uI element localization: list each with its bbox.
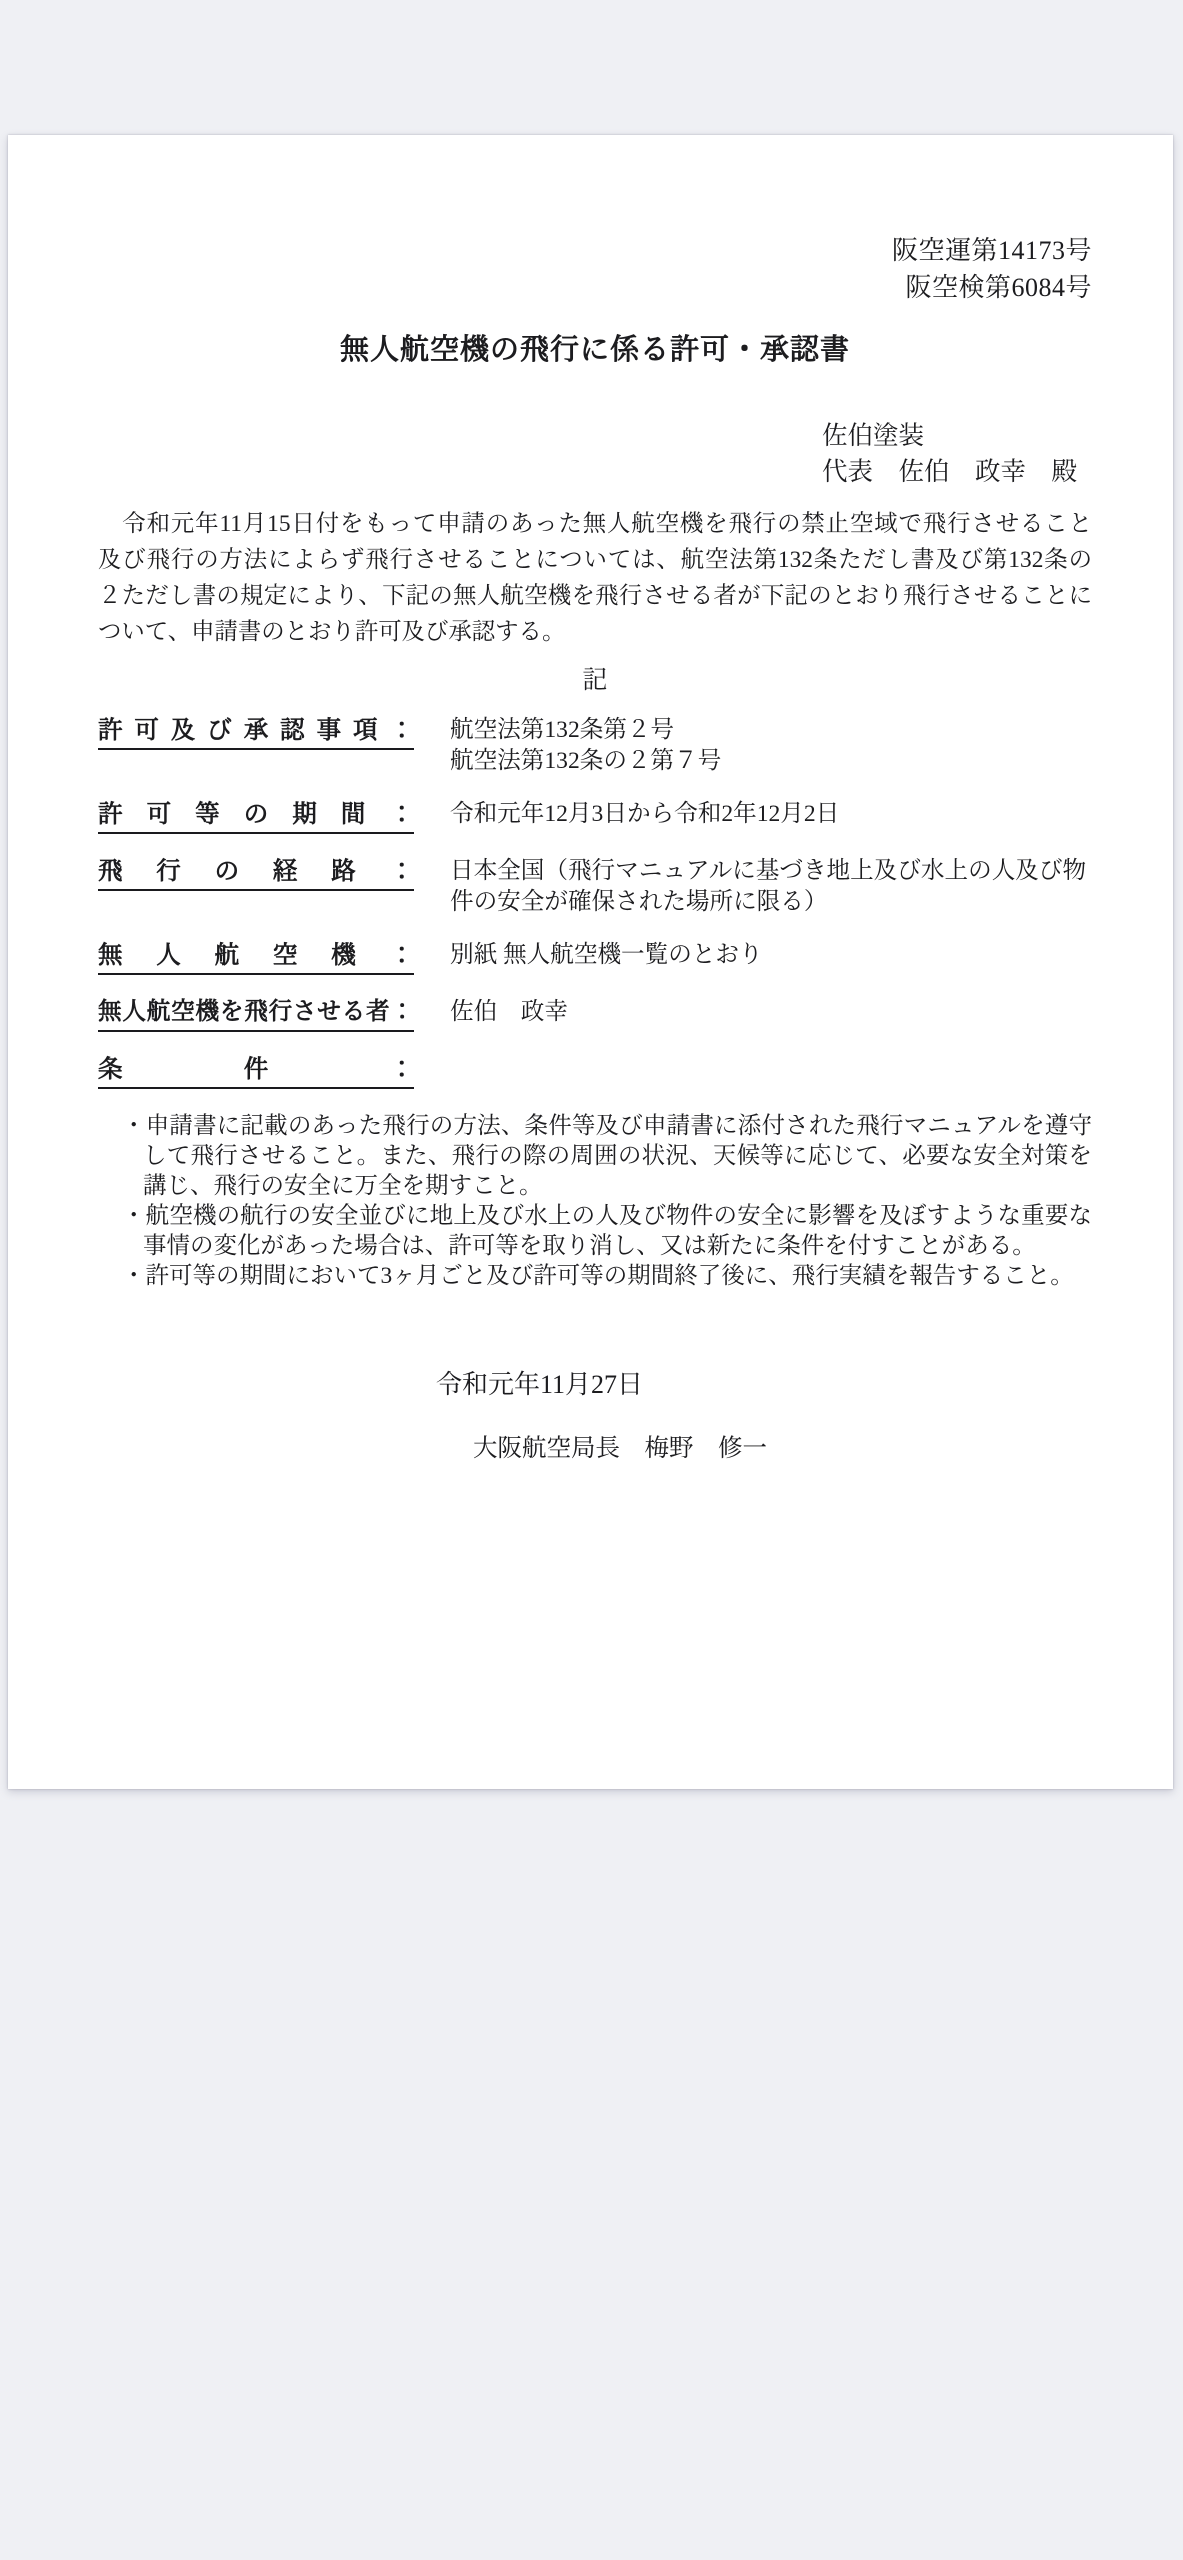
field-label: 条件： xyxy=(98,1054,414,1089)
field-value-line: 航空法第132条の２第７号 xyxy=(450,746,721,777)
addressee-block: 佐伯塗装 代表 佐伯 政幸 殿 xyxy=(822,418,1092,490)
body-line: ついて、申請書のとおり許可及び承認する。 xyxy=(98,614,1092,650)
field-row: 条件： xyxy=(98,1054,1092,1089)
field-label: 無人航空機： xyxy=(98,940,414,975)
field-value-line: 日本全国（飛行マニュアルに基づき地上及び水上の人及び物 xyxy=(450,856,1086,887)
condition-line: ・航空機の航行の安全並びに地上及び水上の人及び物件の安全に影響を及ぼすような重要… xyxy=(122,1201,1092,1231)
field-row: 無人航空機：別紙 無人航空機一覧のとおり xyxy=(98,940,1092,975)
document-number: 阪空検第6084号 xyxy=(98,269,1092,306)
field-row: 許可及び承認事項：航空法第132条第２号航空法第132条の２第７号 xyxy=(98,715,1092,777)
record-marker: 記 xyxy=(98,663,1092,699)
condition-line: して飛行させること。また、飛行の際の周囲の状況、天候等に応じて、必要な安全対策を xyxy=(143,1141,1092,1171)
screen-background: { "doc": { "numbers": ["阪空運第14173号", "阪空… xyxy=(0,0,1183,2560)
condition-line: 講じ、飛行の安全に万全を期すこと。 xyxy=(143,1171,1092,1201)
field-value: 佐伯 政幸 xyxy=(450,997,568,1028)
issue-date: 令和元年11月27日 xyxy=(436,1367,1092,1403)
document-page: 阪空運第14173号阪空検第6084号 無人航空機の飛行に係る許可・承認書 佐伯… xyxy=(8,135,1173,1789)
field-value-line: 航空法第132条第２号 xyxy=(450,715,721,746)
field-value-line: 令和元年12月3日から令和2年12月2日 xyxy=(450,799,839,830)
condition-line: 事情の変化があった場合は、許可等を取り消し、又は新たに条件を付すことがある。 xyxy=(143,1231,1092,1261)
field-value: 航空法第132条第２号航空法第132条の２第７号 xyxy=(450,715,721,777)
field-value-line: 件の安全が確保された場所に限る） xyxy=(450,887,1086,918)
conditions-list: ・申請書に記載のあった飛行の方法、条件等及び申請書に添付された飛行マニュアルを遵… xyxy=(98,1111,1092,1291)
issuer-signature: 大阪航空局長 梅野 修一 xyxy=(473,1431,1092,1467)
body-paragraph: 令和元年11月15日付をもって申請のあった無人航空機を飛行の禁止空域で飛行させる… xyxy=(98,506,1092,650)
field-value-line: 別紙 無人航空機一覧のとおり xyxy=(450,940,763,971)
fields-section: 許可及び承認事項：航空法第132条第２号航空法第132条の２第７号許可等の期間：… xyxy=(98,715,1092,1089)
field-value-line: 佐伯 政幸 xyxy=(450,997,568,1028)
field-label: 許可等の期間： xyxy=(98,799,414,834)
field-label: 無人航空機を飛行させる者： xyxy=(98,997,414,1032)
body-line: 及び飛行の方法によらず飛行させることについては、航空法第132条ただし書及び第1… xyxy=(98,542,1092,578)
addressee-representative: 代表 佐伯 政幸 殿 xyxy=(822,454,1092,490)
document-numbers: 阪空運第14173号阪空検第6084号 xyxy=(98,232,1092,306)
field-row: 無人航空機を飛行させる者：佐伯 政幸 xyxy=(98,997,1092,1032)
field-row: 飛行の経路：日本全国（飛行マニュアルに基づき地上及び水上の人及び物件の安全が確保… xyxy=(98,856,1092,918)
field-value: 別紙 無人航空機一覧のとおり xyxy=(450,940,763,971)
body-line: 令和元年11月15日付をもって申請のあった無人航空機を飛行の禁止空域で飛行させる… xyxy=(98,506,1092,542)
addressee-company: 佐伯塗装 xyxy=(822,418,1092,454)
body-line: ２ただし書の規定により、下記の無人航空機を飛行させる者が下記のとおり飛行させるこ… xyxy=(98,578,1092,614)
field-label: 許可及び承認事項： xyxy=(98,715,414,750)
document-number: 阪空運第14173号 xyxy=(98,232,1092,269)
field-value: 日本全国（飛行マニュアルに基づき地上及び水上の人及び物件の安全が確保された場所に… xyxy=(450,856,1086,918)
field-value: 令和元年12月3日から令和2年12月2日 xyxy=(450,799,839,830)
condition-line: ・許可等の期間において3ヶ月ごと及び許可等の期間終了後に、飛行実績を報告すること… xyxy=(122,1261,1092,1291)
document-title: 無人航空機の飛行に係る許可・承認書 xyxy=(98,330,1092,370)
field-row: 許可等の期間：令和元年12月3日から令和2年12月2日 xyxy=(98,799,1092,834)
condition-line: ・申請書に記載のあった飛行の方法、条件等及び申請書に添付された飛行マニュアルを遵… xyxy=(122,1111,1092,1141)
field-label: 飛行の経路： xyxy=(98,856,414,891)
